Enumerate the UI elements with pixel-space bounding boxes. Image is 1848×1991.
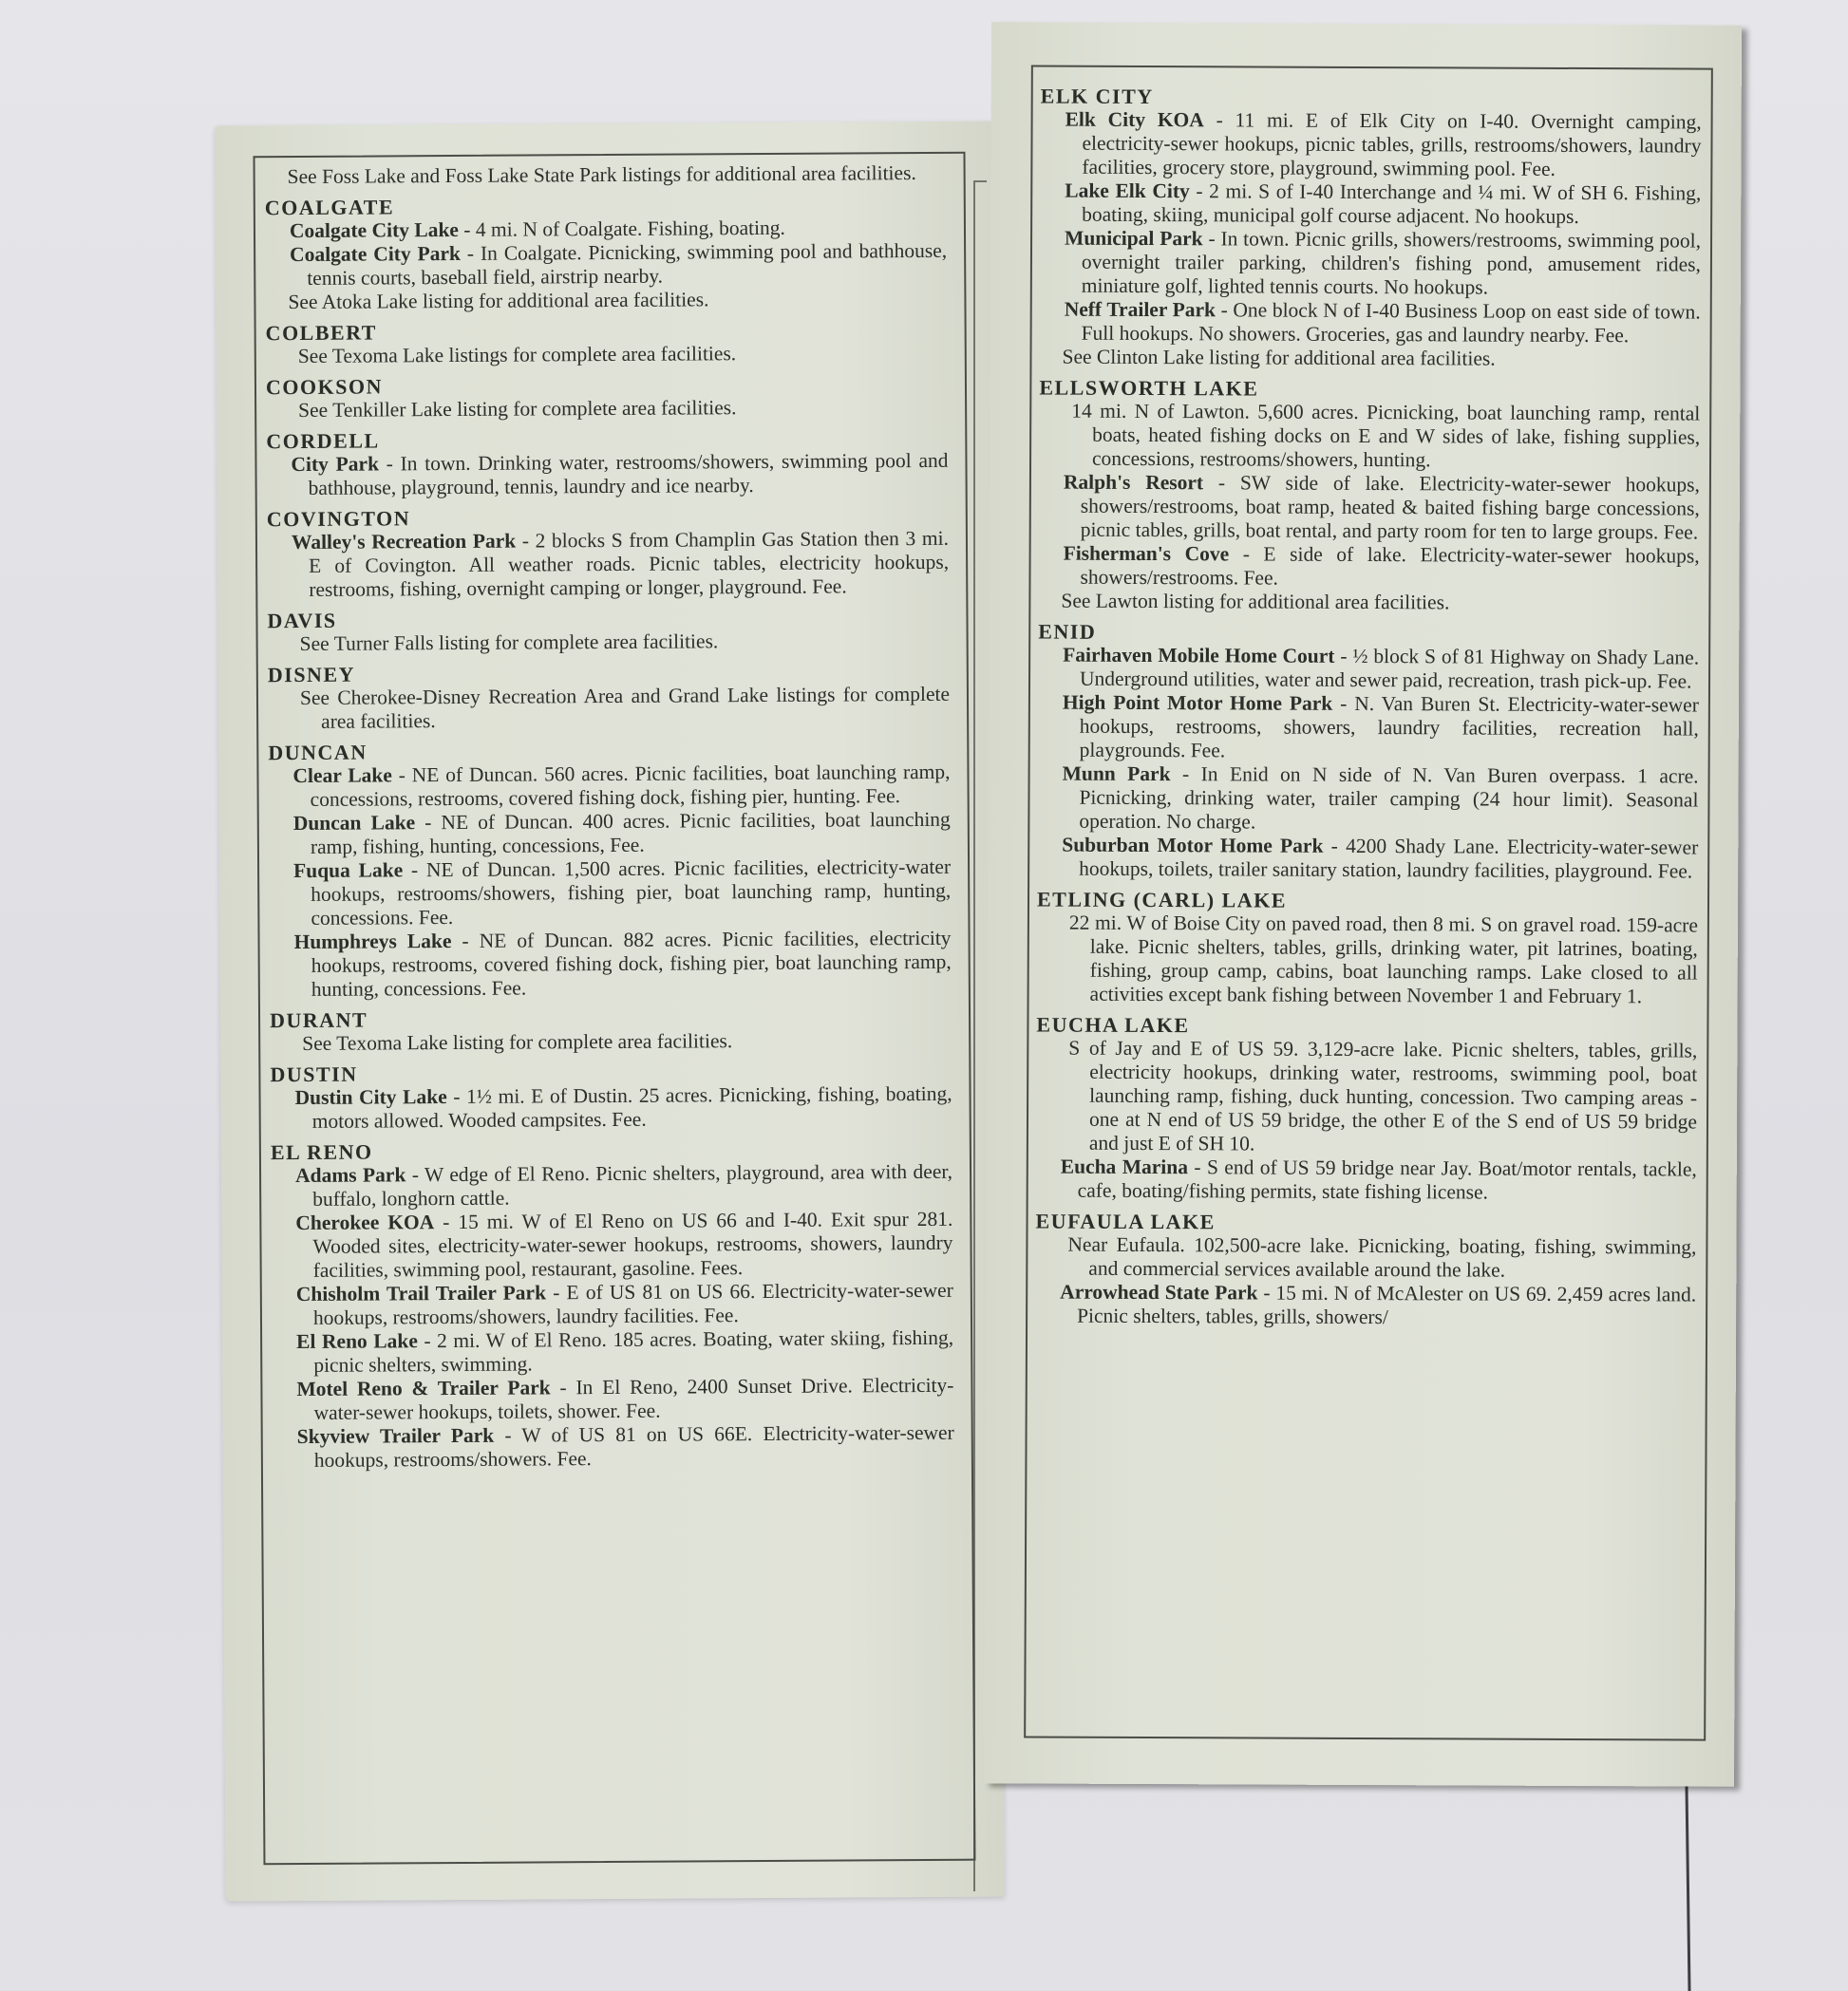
section-heading: ENID bbox=[1038, 620, 1699, 647]
listing-entry: Chisholm Trail Trailer Park - E of US 81… bbox=[289, 1279, 953, 1330]
listing-entry: Clear Lake - NE of Duncan. 560 acres. Pi… bbox=[285, 761, 950, 812]
section-heading: ETLING (CARL) LAKE bbox=[1037, 888, 1698, 914]
listing-entry: Adams Park - W edge of El Reno. Picnic s… bbox=[288, 1160, 952, 1212]
listing-name: Elk City KOA bbox=[1065, 108, 1204, 132]
listing-entry: Fairhaven Mobile Home Court - ½ block S … bbox=[1055, 644, 1699, 694]
listing-description: - In town. Drinking water, restrooms/sho… bbox=[309, 449, 949, 499]
listing-name: Fuqua Lake bbox=[293, 858, 403, 882]
listing-description: 22 mi. W of Boise City on paved road, th… bbox=[1058, 911, 1698, 1009]
listing-description: See Texoma Lake listing for complete are… bbox=[291, 1028, 952, 1056]
listing-name: Cherokee KOA bbox=[295, 1211, 434, 1234]
listing-entry: Eucha Marina - S end of US 59 bridge nea… bbox=[1053, 1155, 1697, 1206]
listing-name: Skyview Trailer Park bbox=[297, 1424, 495, 1448]
listing-entry: Suburban Motor Home Park - 4200 Shady La… bbox=[1054, 834, 1698, 884]
listing-description: See Tenkiller Lake listing for complete … bbox=[287, 395, 948, 423]
listing-name: El Reno Lake bbox=[296, 1329, 418, 1353]
listing-entry: Duncan Lake - NE of Duncan. 400 acres. P… bbox=[286, 808, 951, 859]
listing-name: Arrowhead State Park bbox=[1060, 1281, 1257, 1305]
listing-name: Coalgate City Lake bbox=[290, 218, 459, 242]
listing-entry: Motel Reno & Trailer Park - In El Reno, … bbox=[289, 1374, 953, 1425]
listing-entry: High Point Motor Home Park - N. Van Bure… bbox=[1055, 691, 1699, 765]
listing-description: - W edge of El Reno. Picnic shelters, pl… bbox=[312, 1160, 952, 1211]
listing-name: Adams Park bbox=[295, 1163, 405, 1187]
listing-name: Dustin City Lake bbox=[294, 1085, 446, 1109]
listing-name: Chisholm Trail Trailer Park bbox=[296, 1281, 546, 1305]
listing-name: Humphreys Lake bbox=[293, 930, 451, 953]
listing-name: Walley's Recreation Park bbox=[292, 530, 516, 554]
listing-name: Ralph's Resort bbox=[1064, 471, 1203, 495]
listing-description: - NE of Duncan. 560 acres. Picnic facili… bbox=[311, 761, 951, 811]
listing-description: See Cherokee-Disney Recreation Area and … bbox=[289, 683, 950, 734]
listing-name: Munn Park bbox=[1063, 762, 1171, 785]
section-heading: EUCHA LAKE bbox=[1036, 1013, 1697, 1040]
listing-name: City Park bbox=[291, 452, 379, 476]
listing-entry: Municipal Park - In town. Picnic grills,… bbox=[1057, 227, 1701, 301]
section-heading: ELLSWORTH LAKE bbox=[1039, 376, 1700, 403]
listing-description: S of Jay and E of US 59. 3,129-acre lake… bbox=[1057, 1037, 1698, 1158]
listing-name: Duncan Lake bbox=[293, 811, 416, 835]
listing-entry: Arrowhead State Park - 15 mi. N of McAle… bbox=[1052, 1281, 1696, 1331]
listing-name: High Point Motor Home Park bbox=[1063, 691, 1332, 715]
listing-name: Lake Elk City bbox=[1065, 179, 1190, 203]
listing-name: Suburban Motor Home Park bbox=[1062, 834, 1323, 857]
listing-entry: Fuqua Lake - NE of Duncan. 1,500 acres. … bbox=[286, 855, 951, 930]
section-heading: ELK CITY bbox=[1041, 85, 1702, 111]
listing-entry: Walley's Recreation Park - 2 blocks S fr… bbox=[284, 527, 949, 602]
listing-description: - 4 mi. N of Coalgate. Fishing, boating. bbox=[459, 216, 785, 241]
section-heading: EUFAULA LAKE bbox=[1035, 1210, 1696, 1236]
listing-entry: Skyview Trailer Park - W of US 81 on US … bbox=[290, 1421, 954, 1473]
listing-name: Fisherman's Cove bbox=[1064, 542, 1230, 566]
desk-edge-line bbox=[1685, 1785, 1690, 1991]
listing-entry: Munn Park - In Enid on N side of N. Van … bbox=[1054, 762, 1698, 836]
listing-name: Neff Trailer Park bbox=[1065, 298, 1216, 322]
listing-entry: Cherokee KOA - 15 mi. W of El Reno on US… bbox=[288, 1208, 952, 1283]
listing-entry: El Reno Lake - 2 mi. W of El Reno. 185 a… bbox=[289, 1326, 953, 1378]
right-page-text-column: ELK CITYElk City KOA - 11 mi. E of Elk C… bbox=[1035, 78, 1702, 1331]
listing-name: Municipal Park bbox=[1065, 227, 1203, 251]
left-page-text-column: See Foss Lake and Foss Lake State Park l… bbox=[265, 161, 954, 1473]
cross-reference-note: See Clinton Lake listing for additional … bbox=[1052, 346, 1700, 372]
listing-description: See Turner Falls listing for complete ar… bbox=[289, 629, 950, 656]
cross-reference-note: See Foss Lake and Foss Lake State Park l… bbox=[278, 161, 947, 189]
listing-entry: Fisherman's Cove - E side of lake. Elect… bbox=[1055, 542, 1699, 592]
listing-entry: Dustin City Lake - 1½ mi. E of Dustin. 2… bbox=[287, 1082, 952, 1134]
listing-description: - In Enid on N side of N. Van Buren over… bbox=[1079, 762, 1698, 833]
listing-description: Near Eufaula. 102,500-acre lake. Picnick… bbox=[1056, 1233, 1696, 1284]
listing-entry: Lake Elk City - 2 mi. S of I-40 Intercha… bbox=[1057, 179, 1701, 230]
cross-reference-note: See Atoka Lake listing for additional ar… bbox=[278, 287, 947, 314]
listing-entry: Neff Trailer Park - One block N of I-40 … bbox=[1057, 298, 1701, 348]
listing-description: 14 mi. N of Lawton. 5,600 acres. Picnick… bbox=[1060, 400, 1700, 474]
listing-description: See Texoma Lake listings for complete ar… bbox=[287, 341, 948, 368]
listing-entry: City Park - In town. Drinking water, res… bbox=[283, 449, 948, 500]
left-page: See Foss Lake and Foss Lake State Park l… bbox=[215, 122, 1004, 1902]
listing-description: - NE of Duncan. 1,500 acres. Picnic faci… bbox=[311, 855, 951, 930]
cross-reference-note: See Lawton listing for additional area f… bbox=[1051, 590, 1699, 616]
listing-name: Clear Lake bbox=[292, 763, 392, 787]
listing-entry: Elk City KOA - 11 mi. E of Elk City on I… bbox=[1057, 108, 1701, 182]
listing-entry: Humphreys Lake - NE of Duncan. 882 acres… bbox=[286, 927, 951, 1002]
listing-entry: Ralph's Resort - SW side of lake. Electr… bbox=[1056, 471, 1700, 545]
listing-name: Coalgate City Park bbox=[290, 242, 461, 266]
right-page: ELK CITYElk City KOA - 11 mi. E of Elk C… bbox=[984, 22, 1742, 1786]
listing-name: Motel Reno & Trailer Park bbox=[296, 1376, 550, 1400]
listing-entry: Coalgate City Park - In Coalgate. Picnic… bbox=[282, 239, 947, 291]
listing-name: Fairhaven Mobile Home Court bbox=[1063, 644, 1334, 667]
listing-name: Eucha Marina bbox=[1061, 1155, 1188, 1179]
